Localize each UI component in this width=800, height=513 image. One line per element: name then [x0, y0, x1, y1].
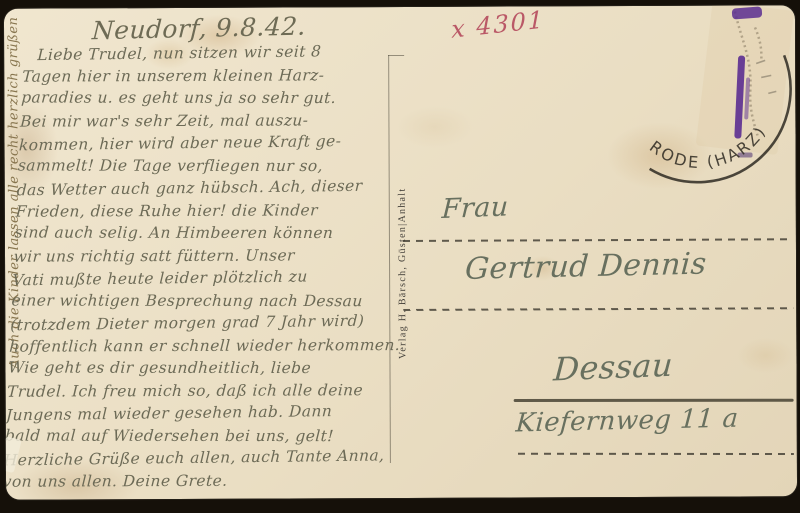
collector-mark: x 4301: [451, 5, 545, 43]
address-city: Dessau: [552, 346, 674, 389]
letter-line: einer wichtigen Besprechung nach Dessau: [11, 289, 394, 312]
stamp-remnant: [734, 55, 745, 138]
letter-line: Wie geht es dir gesundheitlich, liebe: [8, 357, 391, 380]
letter-line: Liebe Trudel, nun sitzen wir seit 8: [23, 39, 406, 67]
letter-line: Tagen hier in unserem kleinen Harz-: [22, 63, 405, 87]
stamp-remnant: [744, 77, 750, 119]
stamp-ghost: [696, 5, 794, 155]
divider-tick: [388, 55, 404, 56]
letter-line: Vati mußte heute leider plötzlich zu: [12, 264, 395, 292]
letter-line: sammelt! Die Tage verfliegen nur so,: [17, 154, 400, 177]
perforation-edge: [735, 11, 762, 135]
letter-line: von uns allen. Deine Grete.: [4, 469, 385, 493]
letter-text: Liebe Trudel, nun sitzen wir seit 8 Tage…: [4, 41, 406, 493]
letter-line: wir uns richtig satt füttern. Unser: [13, 244, 396, 268]
postmark-text: RODE (HARZ): [646, 122, 770, 173]
letter-line: Frieden, diese Ruhe hier! die Kinder: [15, 199, 398, 223]
address-dashed-line: [403, 307, 793, 311]
letter-line: sind auch selig. An Himbeeren können: [14, 222, 397, 245]
letter-line: Herzliche Grüße euch allen, auch Tante A…: [4, 444, 386, 472]
address-solid-line: [514, 399, 794, 402]
letter-line: Jungens mal wieder gesehen hab. Dann: [6, 399, 389, 427]
letter-line: paradies u. es geht uns ja so sehr gut.: [21, 86, 404, 109]
postmark-arc: [649, 55, 791, 182]
stamp-remnant: [738, 152, 753, 157]
letter-line: das Wetter auch ganz hübsch. Ach, dieser: [16, 174, 399, 202]
letter-line: bald mal auf Wiedersehen bei uns, gelt!: [4, 424, 387, 447]
address-street: Kiefernweg 11 a: [515, 404, 740, 439]
postcard: Auch die Kinder lassen alle recht herzli…: [4, 5, 797, 499]
letter-line: (trotzdem Dieter morgen grad 7 Jahr wird…: [10, 309, 393, 337]
address-dashed-line: [518, 453, 794, 455]
letter-line: hoffentlich kann er schnell wieder herko…: [9, 334, 392, 358]
postmark-date-marks: [756, 60, 776, 93]
address-name: Gertrud Dennis: [464, 247, 708, 287]
letter-line: Trudel. Ich freu mich so, daß ich alle d…: [7, 379, 390, 403]
scan-background: { "card": { "heading": "Neudorf, 9.8.42.…: [0, 0, 800, 513]
address-salutation: Frau: [441, 191, 509, 225]
letter-line: kommen, hier wird aber neue Kraft ge-: [18, 129, 401, 157]
address-dashed-line: [403, 238, 793, 242]
publisher-imprint: Verlag H. Bärsch, Güsten|Anhalt: [397, 188, 409, 359]
svg-text:RODE (HARZ): RODE (HARZ): [646, 122, 770, 173]
letter-line: Bei mir war's sehr Zeit, mal auszu-: [20, 108, 403, 132]
stamp-remnant: [732, 6, 763, 19]
